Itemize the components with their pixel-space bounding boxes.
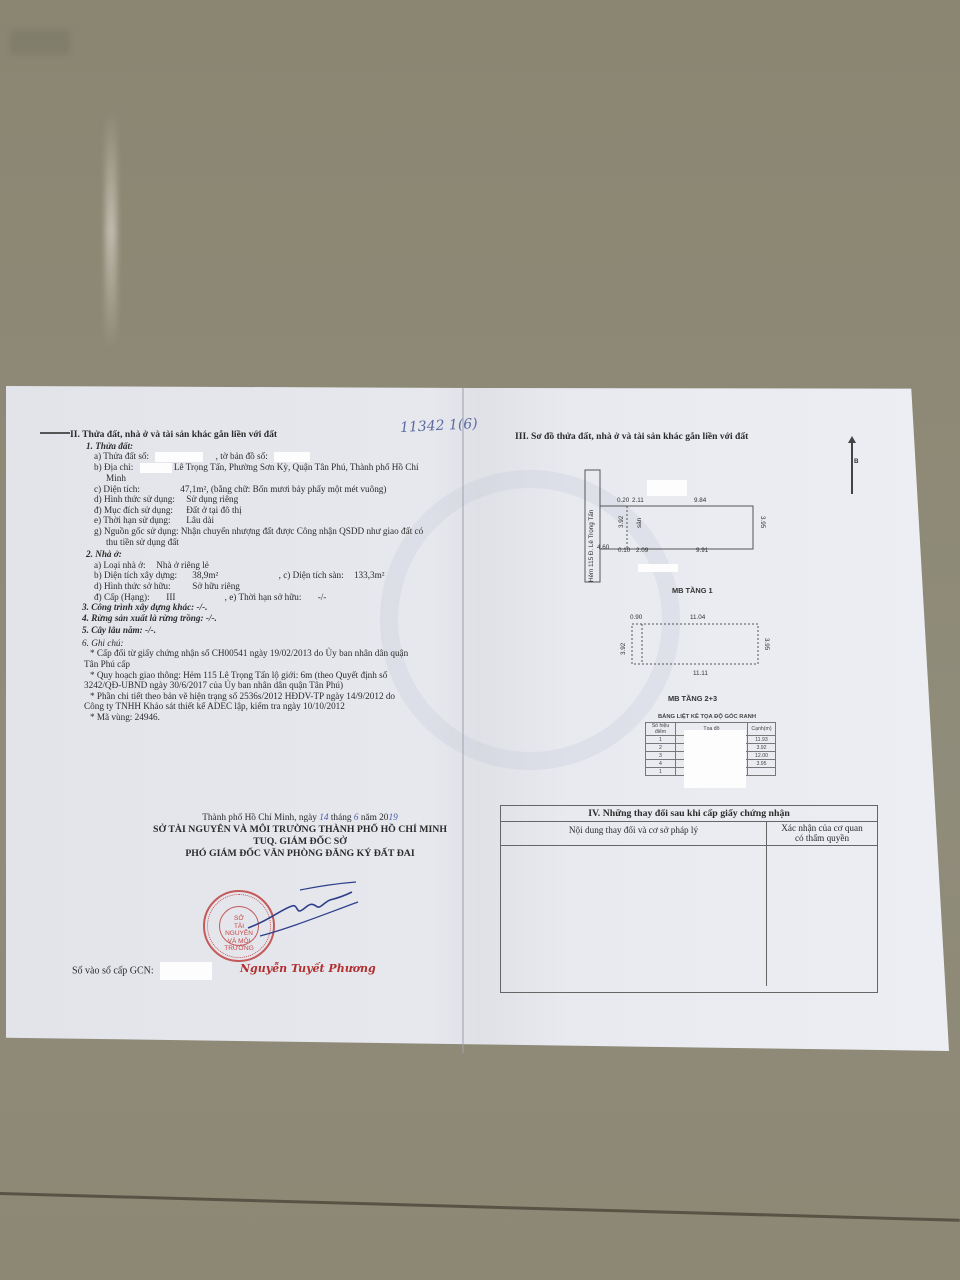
north-label: B [854, 458, 859, 465]
perennial: 5. Cây lâu năm: -/-. [82, 625, 470, 636]
own-term-value: -/- [318, 592, 327, 602]
coord-header-point: Số hiệu điểm [646, 723, 676, 736]
grade-label: đ) Cấp (Hạng): [94, 592, 164, 603]
date-day: 14 [319, 813, 328, 823]
changes-header-row: Nội dung thay đổi và cơ sở pháp lý Xác n… [501, 822, 877, 846]
coord-edge: 3.92 [748, 744, 776, 752]
redacted-parcel [155, 452, 203, 462]
light-glare [105, 110, 117, 350]
dim-floor23-right: 3.95 [763, 638, 770, 650]
right-page: III. Sơ đồ thửa đất, nhà ở và tài sản kh… [515, 432, 885, 443]
address-value: Lê Trọng Tấn, Phường Sơn Kỳ, Quận Tân Ph… [174, 462, 419, 472]
changes-col-confirm: Xác nhận của cơ quan có thẩm quyền [767, 822, 877, 845]
address-label: b) Địa chỉ: [94, 462, 133, 472]
date-month: 6 [354, 813, 359, 823]
date-year: 19 [388, 813, 397, 823]
forest: 4. Rừng sản xuất là rừng trồng: -/-. [82, 613, 470, 624]
grade-value: III [166, 592, 222, 603]
dim-right: 3.95 [759, 516, 766, 528]
coord-point: 1 [646, 736, 676, 744]
coord-header-edge: Cạnh(m) [748, 723, 776, 736]
own-term-label: , e) Thời hạn sở hữu: [225, 592, 302, 602]
dim-floor23-left: 3.92 [620, 643, 627, 655]
redacted-house-number [140, 463, 172, 473]
dim-top-seg2: 9.84 [694, 497, 706, 504]
dim-bottom-left: 0.10 [618, 547, 630, 554]
note-item: * Cấp đổi từ giấy chứng nhận số CH00541 … [90, 648, 470, 659]
term-row: e) Thời hạn sử dụng: Lâu dài [94, 515, 470, 526]
coord-edge: 12.00 [748, 752, 776, 760]
margin-mark [40, 432, 70, 434]
gcn-row: Số vào sổ cấp GCN: [72, 962, 212, 980]
changes-table: IV. Những thay đổi sau khi cấp giấy chứn… [500, 805, 878, 993]
floor23-label: MB TẦNG 2+3 [668, 694, 717, 703]
changes-body-row [501, 846, 877, 986]
notes-list: * Cấp đổi từ giấy chứng nhận số CH00541 … [70, 648, 470, 722]
area-row: c) Diện tích: 47,1m², (bằng chữ: Bốn mươ… [94, 484, 470, 495]
month-label: tháng [331, 813, 352, 823]
ownership-value: Sở hữu riêng [192, 581, 240, 591]
address-row: b) Địa chỉ: Lê Trọng Tấn, Phường Sơn Kỳ,… [94, 462, 470, 473]
floor23-diagram [628, 620, 768, 670]
map-sheet-label: , tờ bản đồ số: [216, 451, 268, 461]
purpose-row: đ) Mục đích sử dụng: Đất ở tại đô thị [94, 505, 470, 516]
gcn-label: Số vào sổ cấp GCN: [72, 965, 154, 976]
floor1-label: MB TẦNG 1 [672, 586, 713, 595]
date-prefix: Thành phố Hồ Chí Minh, ngày [202, 813, 317, 823]
floor-area-label: , c) Diện tích sàn: [279, 570, 344, 580]
use-form-row: d) Hình thức sử dụng: Sử dụng riêng [94, 494, 470, 505]
dim-road-width: 4.60 [597, 544, 609, 551]
parcel-row: a) Thửa đất số: , tờ bản đồ số: [94, 451, 470, 462]
dim-floor23-top: 11.04 [690, 614, 705, 621]
ownership-label: d) Hình thức sở hữu: [94, 581, 190, 592]
use-form-value: Sử dụng riêng [186, 494, 238, 504]
changes-content-cell [501, 846, 767, 986]
table-surface-mark [10, 30, 70, 55]
dim-bottom-seg1: 2.09 [636, 547, 648, 554]
dim-floor23-bottom: 11.11 [693, 670, 708, 677]
changes-confirm-cell [767, 846, 877, 986]
coord-edge: 11.93 [748, 736, 776, 744]
coord-edge [748, 768, 776, 776]
origin-value: Nhận chuyển nhượng đất được Công nhận QS… [181, 526, 423, 536]
term-label: e) Thời hạn sử dụng: [94, 515, 184, 526]
redacted-map-sheet [274, 452, 310, 462]
coord-edge: 3.95 [748, 760, 776, 768]
area-value: 47,1m², (bằng chữ: Bốn mươi bảy phẩy một… [180, 484, 386, 494]
changes-col-content: Nội dung thay đổi và cơ sở pháp lý [501, 822, 767, 845]
other-works: 3. Công trình xây dựng khác: -/-. [82, 602, 470, 613]
note-item: * Mã vùng: 24946. [90, 712, 470, 723]
purpose-label: đ) Mục đích sử dụng: [94, 505, 184, 516]
note-item-cont: 3242/QĐ-UBND ngày 30/6/2017 của Ủy ban n… [84, 680, 470, 691]
built-area-row: b) Diện tích xây dựng: 38,9m² , c) Diện … [94, 570, 470, 581]
redacted-coordinates [684, 730, 746, 788]
road-label: Hẻm 115 Đ. Lê Trọng Tấn [588, 510, 595, 582]
signer-title: PHÓ GIÁM ĐỐC VĂN PHÒNG ĐĂNG KÝ ĐẤT ĐAI [120, 848, 480, 860]
use-form-label: d) Hình thức sử dụng: [94, 494, 184, 505]
coord-point: 3 [646, 752, 676, 760]
floor-area-value: 133,3m² [354, 570, 385, 580]
origin-label: g) Nguồn gốc sử dụng: [94, 526, 179, 536]
authority-line: SỞ TÀI NGUYÊN VÀ MÔI TRƯỜNG THÀNH PHỐ HỒ… [120, 824, 480, 836]
ownership-row: d) Hình thức sở hữu: Sở hữu riêng [94, 581, 470, 592]
section-4-title: IV. Những thay đổi sau khi cấp giấy chứn… [501, 806, 877, 822]
note-item: * Quy hoạch giao thông: Hẻm 115 Lê Trọng… [90, 670, 470, 681]
authorization-line: TUQ. GIÁM ĐỐC SỞ [120, 836, 480, 848]
handwritten-signature [240, 880, 360, 940]
coord-table-title: BẢNG LIỆT KÊ TỌA ĐỘ GÓC RANH [658, 714, 756, 720]
built-area-label: b) Diện tích xây dựng: [94, 570, 190, 581]
area-label: c) Diện tích: [94, 484, 178, 495]
redacted-gcn [160, 962, 212, 980]
parcel-label: a) Thửa đất số: [94, 451, 149, 461]
address-cont: Minh [106, 473, 470, 484]
left-page: II. Thửa đất, nhà ở và tài sản khác gắn … [70, 430, 470, 723]
notes-title: 6. Ghi chú: [82, 638, 470, 649]
confirm-line-2: có thẩm quyền [767, 833, 877, 843]
north-arrow-icon [851, 440, 853, 494]
section-2-title: II. Thửa đất, nhà ở và tài sản khác gắn … [70, 430, 470, 441]
origin-row: g) Nguồn gốc sử dụng: Nhận chuyển nhượng… [94, 526, 470, 537]
issue-date: Thành phố Hồ Chí Minh, ngày 14 tháng 6 n… [120, 812, 480, 824]
term-value: Lâu dài [186, 515, 214, 525]
signature-block: Thành phố Hồ Chí Minh, ngày 14 tháng 6 n… [120, 812, 480, 860]
section-3-title: III. Sơ đồ thửa đất, nhà ở và tài sản kh… [515, 432, 885, 443]
dim-top-left: 0.20 [617, 497, 629, 504]
yard-label: sân [636, 518, 643, 528]
dim-offset: 0.90 [630, 614, 642, 621]
signer-name: Nguyễn Tuyết Phương [240, 962, 376, 975]
dim-top-seg1: 2.11 [632, 497, 644, 504]
dim-bottom-seg2: 9.91 [696, 547, 708, 554]
origin-cont: thu tiền sử dụng đất [106, 537, 470, 548]
table-crack [0, 1192, 960, 1222]
coord-point: 2 [646, 744, 676, 752]
grade-row: đ) Cấp (Hạng): III , e) Thời hạn sở hữu:… [94, 592, 470, 603]
note-item-cont: Công ty TNHH Khảo sát thiết kế ADEC lập,… [84, 701, 470, 712]
note-item-cont: Tân Phú cấp [84, 659, 470, 670]
year-label: năm 20 [361, 813, 389, 823]
coord-point: 1 [646, 768, 676, 776]
coord-point: 4 [646, 760, 676, 768]
land-title: 1. Thửa đất: [86, 441, 470, 452]
confirm-line-1: Xác nhận của cơ quan [767, 823, 877, 833]
built-area-value: 38,9m² [192, 570, 276, 581]
note-item: * Phần chi tiết theo bản vẽ hiện trạng s… [90, 691, 470, 702]
purpose-value: Đất ở tại đô thị [186, 505, 241, 515]
house-title: 2. Nhà ở: [86, 549, 470, 560]
house-type-label: a) Loại nhà ở: [94, 560, 154, 571]
house-type-value: Nhà ở riêng lẻ [156, 560, 209, 570]
house-type-row: a) Loại nhà ở: Nhà ở riêng lẻ [94, 560, 470, 571]
dim-left: 3.92 [618, 516, 625, 528]
